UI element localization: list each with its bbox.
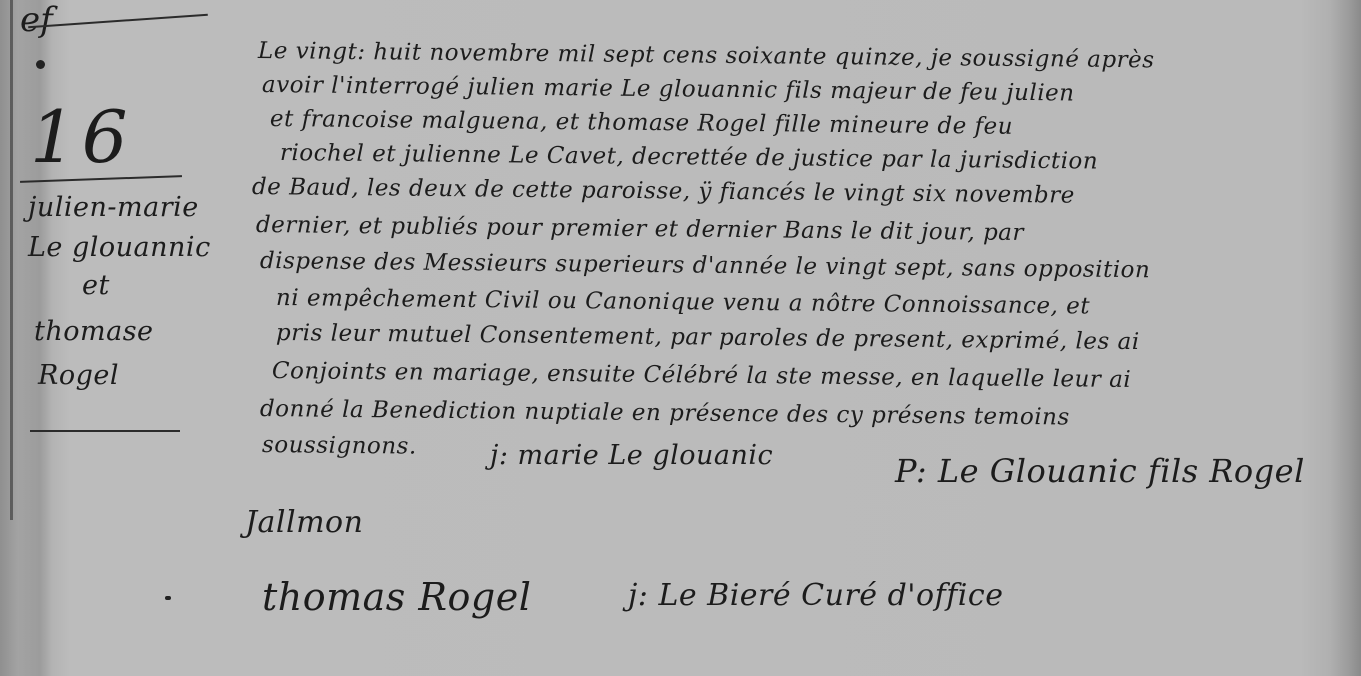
body-line-8: ni empêchement Civil ou Canonique venu a… [276,285,1090,320]
body-line-6: dernier, et publiés pour premier et dern… [256,212,1024,246]
margin-bride-surname: Rogel [38,360,119,391]
signature-groom: j: marie Le glouanic [490,440,773,471]
top-fragment-text: ef [20,0,53,40]
body-line-10: Conjoints en mariage, ensuite Célébré la… [272,358,1132,393]
margin-rule-bottom [30,430,180,432]
body-line-12: soussignons. [262,432,417,460]
top-flourish-rule [28,14,208,29]
margin-bride-first-name: thomase [34,316,154,347]
binding-edge [10,0,13,520]
ink-mark [165,596,171,600]
signature-priest: j: Le Bieré Curé d'office [628,578,1003,613]
entry-number: 16 [30,95,134,179]
body-line-5: de Baud, les deux de cette paroisse, ÿ f… [252,174,1075,209]
signature-witness: Jallmon [245,505,363,540]
scanned-register-page: ef 16 julien-marie Le glouannic et thoma… [0,0,1361,676]
signature-le-glouanic-rogel: P: Le Glouanic fils Rogel [895,452,1305,490]
signature-bride: thomas Rogel [262,575,531,619]
body-line-7: dispense des Messieurs superieurs d'anné… [260,248,1151,283]
body-line-2: avoir l'interrogé julien marie Le glouan… [262,72,1075,107]
body-line-11: donné la Benediction nuptiale en présenc… [260,396,1070,430]
margin-conjunction: et [82,270,110,301]
body-line-9: pris leur mutuel Consentement, par parol… [276,320,1140,355]
margin-groom-first-name: julien-marie [28,192,199,223]
body-line-4: riochel et julienne Le Cavet, decrettée … [280,140,1098,175]
margin-groom-surname: Le glouannic [28,232,211,263]
body-line-1: Le vingt: huit novembre mil sept cens so… [258,38,1155,73]
ink-blot [36,60,45,69]
body-line-3: et francoise malguena, et thomase Rogel … [270,106,1013,140]
